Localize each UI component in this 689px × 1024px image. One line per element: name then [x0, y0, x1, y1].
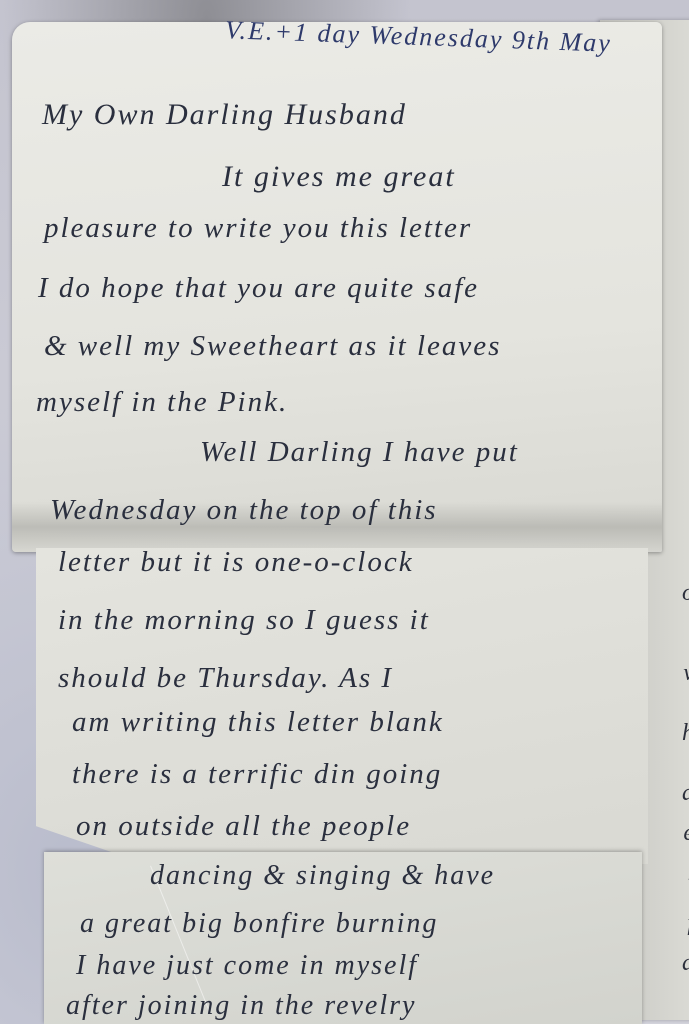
letter-text: V.E.+1 day Wednesday 9th May My Own Darl… [0, 0, 689, 1024]
letter-line: on outside all the people [76, 810, 411, 843]
letter-line: I do hope that you are quite safe [38, 272, 479, 305]
letter-line: a great big bonfire burning [80, 908, 438, 940]
letter-line: in the morning so I guess it [58, 604, 430, 637]
letter-date-header: V.E.+1 day Wednesday 9th May [225, 15, 613, 58]
letter-line: It gives me great [222, 160, 456, 194]
letter-line: myself in the Pink. [36, 386, 288, 419]
letter-line: I have just come in myself [76, 950, 418, 982]
letter-salutation: My Own Darling Husband [42, 98, 407, 132]
letter-line: & well my Sweetheart as it leaves [44, 330, 501, 363]
letter-line: after joining in the revelry [66, 990, 416, 1022]
letter-line: am writing this letter blank [72, 706, 444, 739]
letter-line: letter but it is one-o-clock [58, 546, 414, 579]
letter-line: should be Thursday. As I [58, 662, 393, 695]
letter-line: pleasure to write you this letter [44, 212, 472, 245]
letter-line: Wednesday on the top of this [50, 494, 438, 527]
letter-line: there is a terrific din going [72, 758, 442, 791]
letter-line: Well Darling I have put [200, 436, 519, 469]
letter-line: dancing & singing & have [150, 860, 495, 892]
